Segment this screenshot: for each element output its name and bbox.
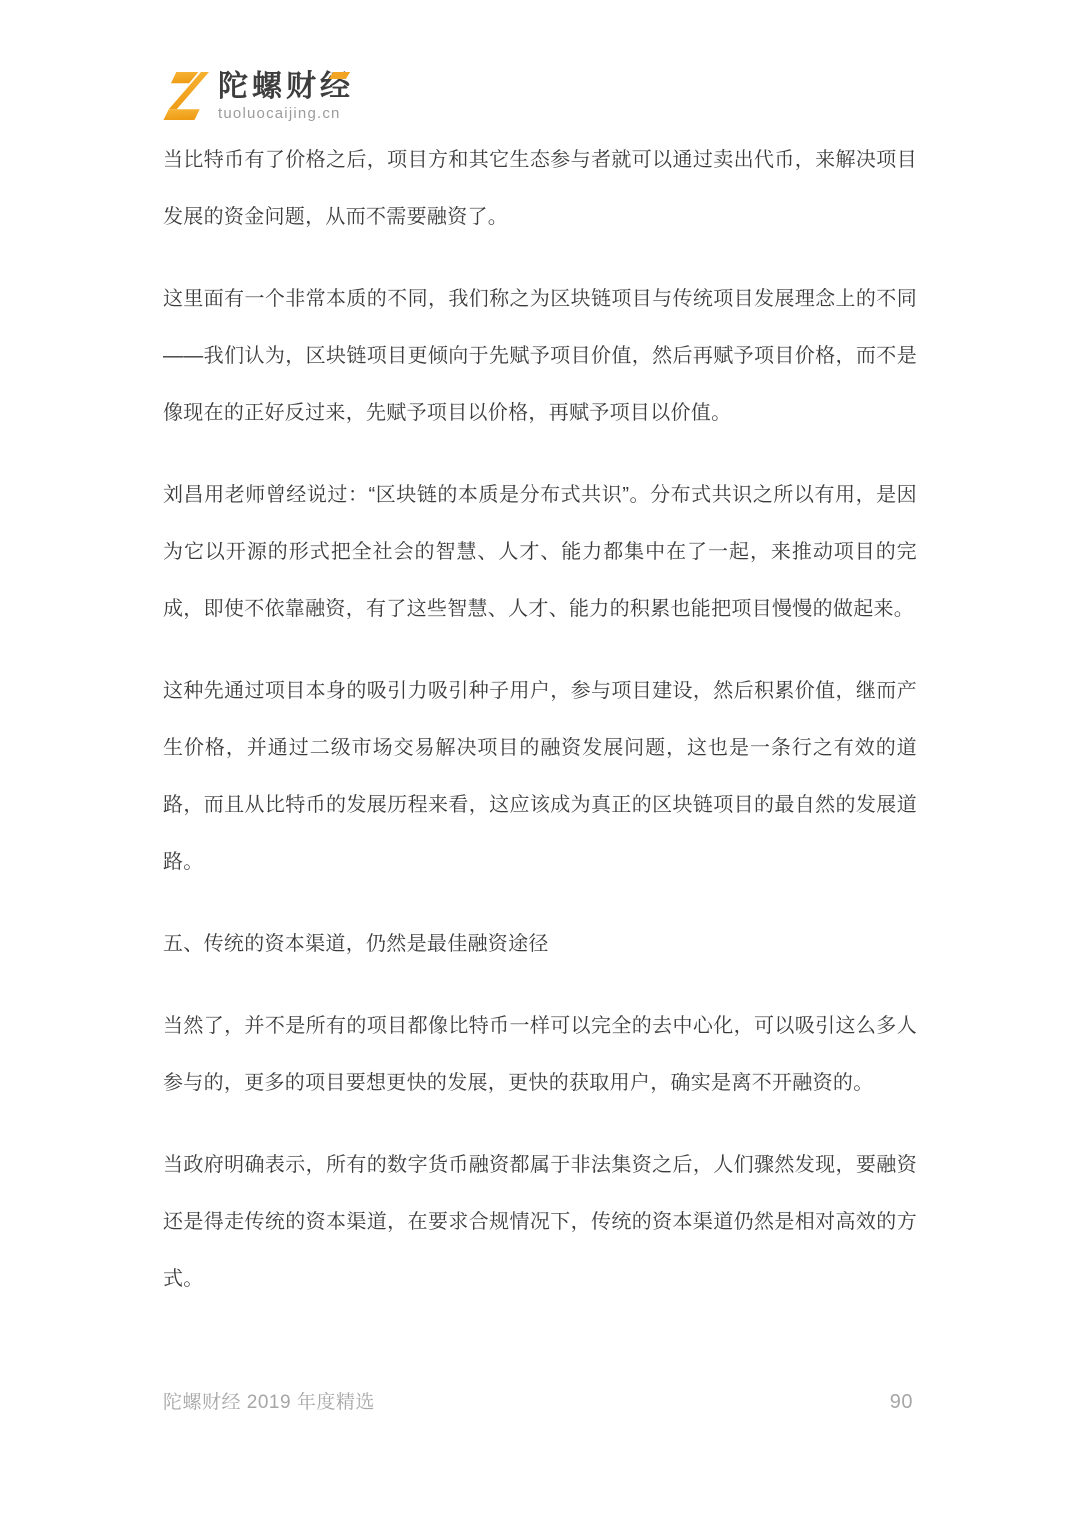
- document-page: 陀螺财经 tuoluocaijing.cn 当比特币有了价格之后，项目方和其它生…: [0, 0, 1080, 1527]
- logo-domain-url: tuoluocaijing.cn: [218, 106, 354, 121]
- paragraph-5: 当然了，并不是所有的项目都像比特币一样可以完全的去中心化，可以吸引这么多人参与的…: [163, 998, 917, 1112]
- page-number: 90: [890, 1391, 913, 1414]
- page-footer: 陀螺财经 2019 年度精选 90: [163, 1387, 913, 1414]
- paragraph-4: 这种先通过项目本身的吸引力吸引种子用户，参与项目建设，然后积累价值，继而产生价格…: [163, 663, 917, 891]
- paragraph-1: 当比特币有了价格之后，项目方和其它生态参与者就可以通过卖出代币，来解决项目发展的…: [163, 132, 917, 246]
- document-body: 当比特币有了价格之后，项目方和其它生态参与者就可以通过卖出代币，来解决项目发展的…: [163, 132, 917, 1308]
- footer-title: 陀螺财经 2019 年度精选: [163, 1387, 375, 1414]
- logo-text: 陀螺财经 tuoluocaijing.cn: [218, 72, 354, 121]
- logo: 陀螺财经 tuoluocaijing.cn: [163, 71, 354, 121]
- section-heading: 五、传统的资本渠道，仍然是最佳融资途径: [163, 916, 917, 973]
- paragraph-2: 这里面有一个非常本质的不同，我们称之为区块链项目与传统项目发展理念上的不同——我…: [163, 271, 917, 442]
- logo-z-icon: [163, 71, 209, 120]
- paragraph-6: 当政府明确表示，所有的数字货币融资都属于非法集资之后，人们骤然发现，要融资还是得…: [163, 1137, 917, 1308]
- paragraph-3: 刘昌用老师曾经说过：“区块链的本质是分布式共识”。分布式共识之所以有用，是因为它…: [163, 467, 917, 638]
